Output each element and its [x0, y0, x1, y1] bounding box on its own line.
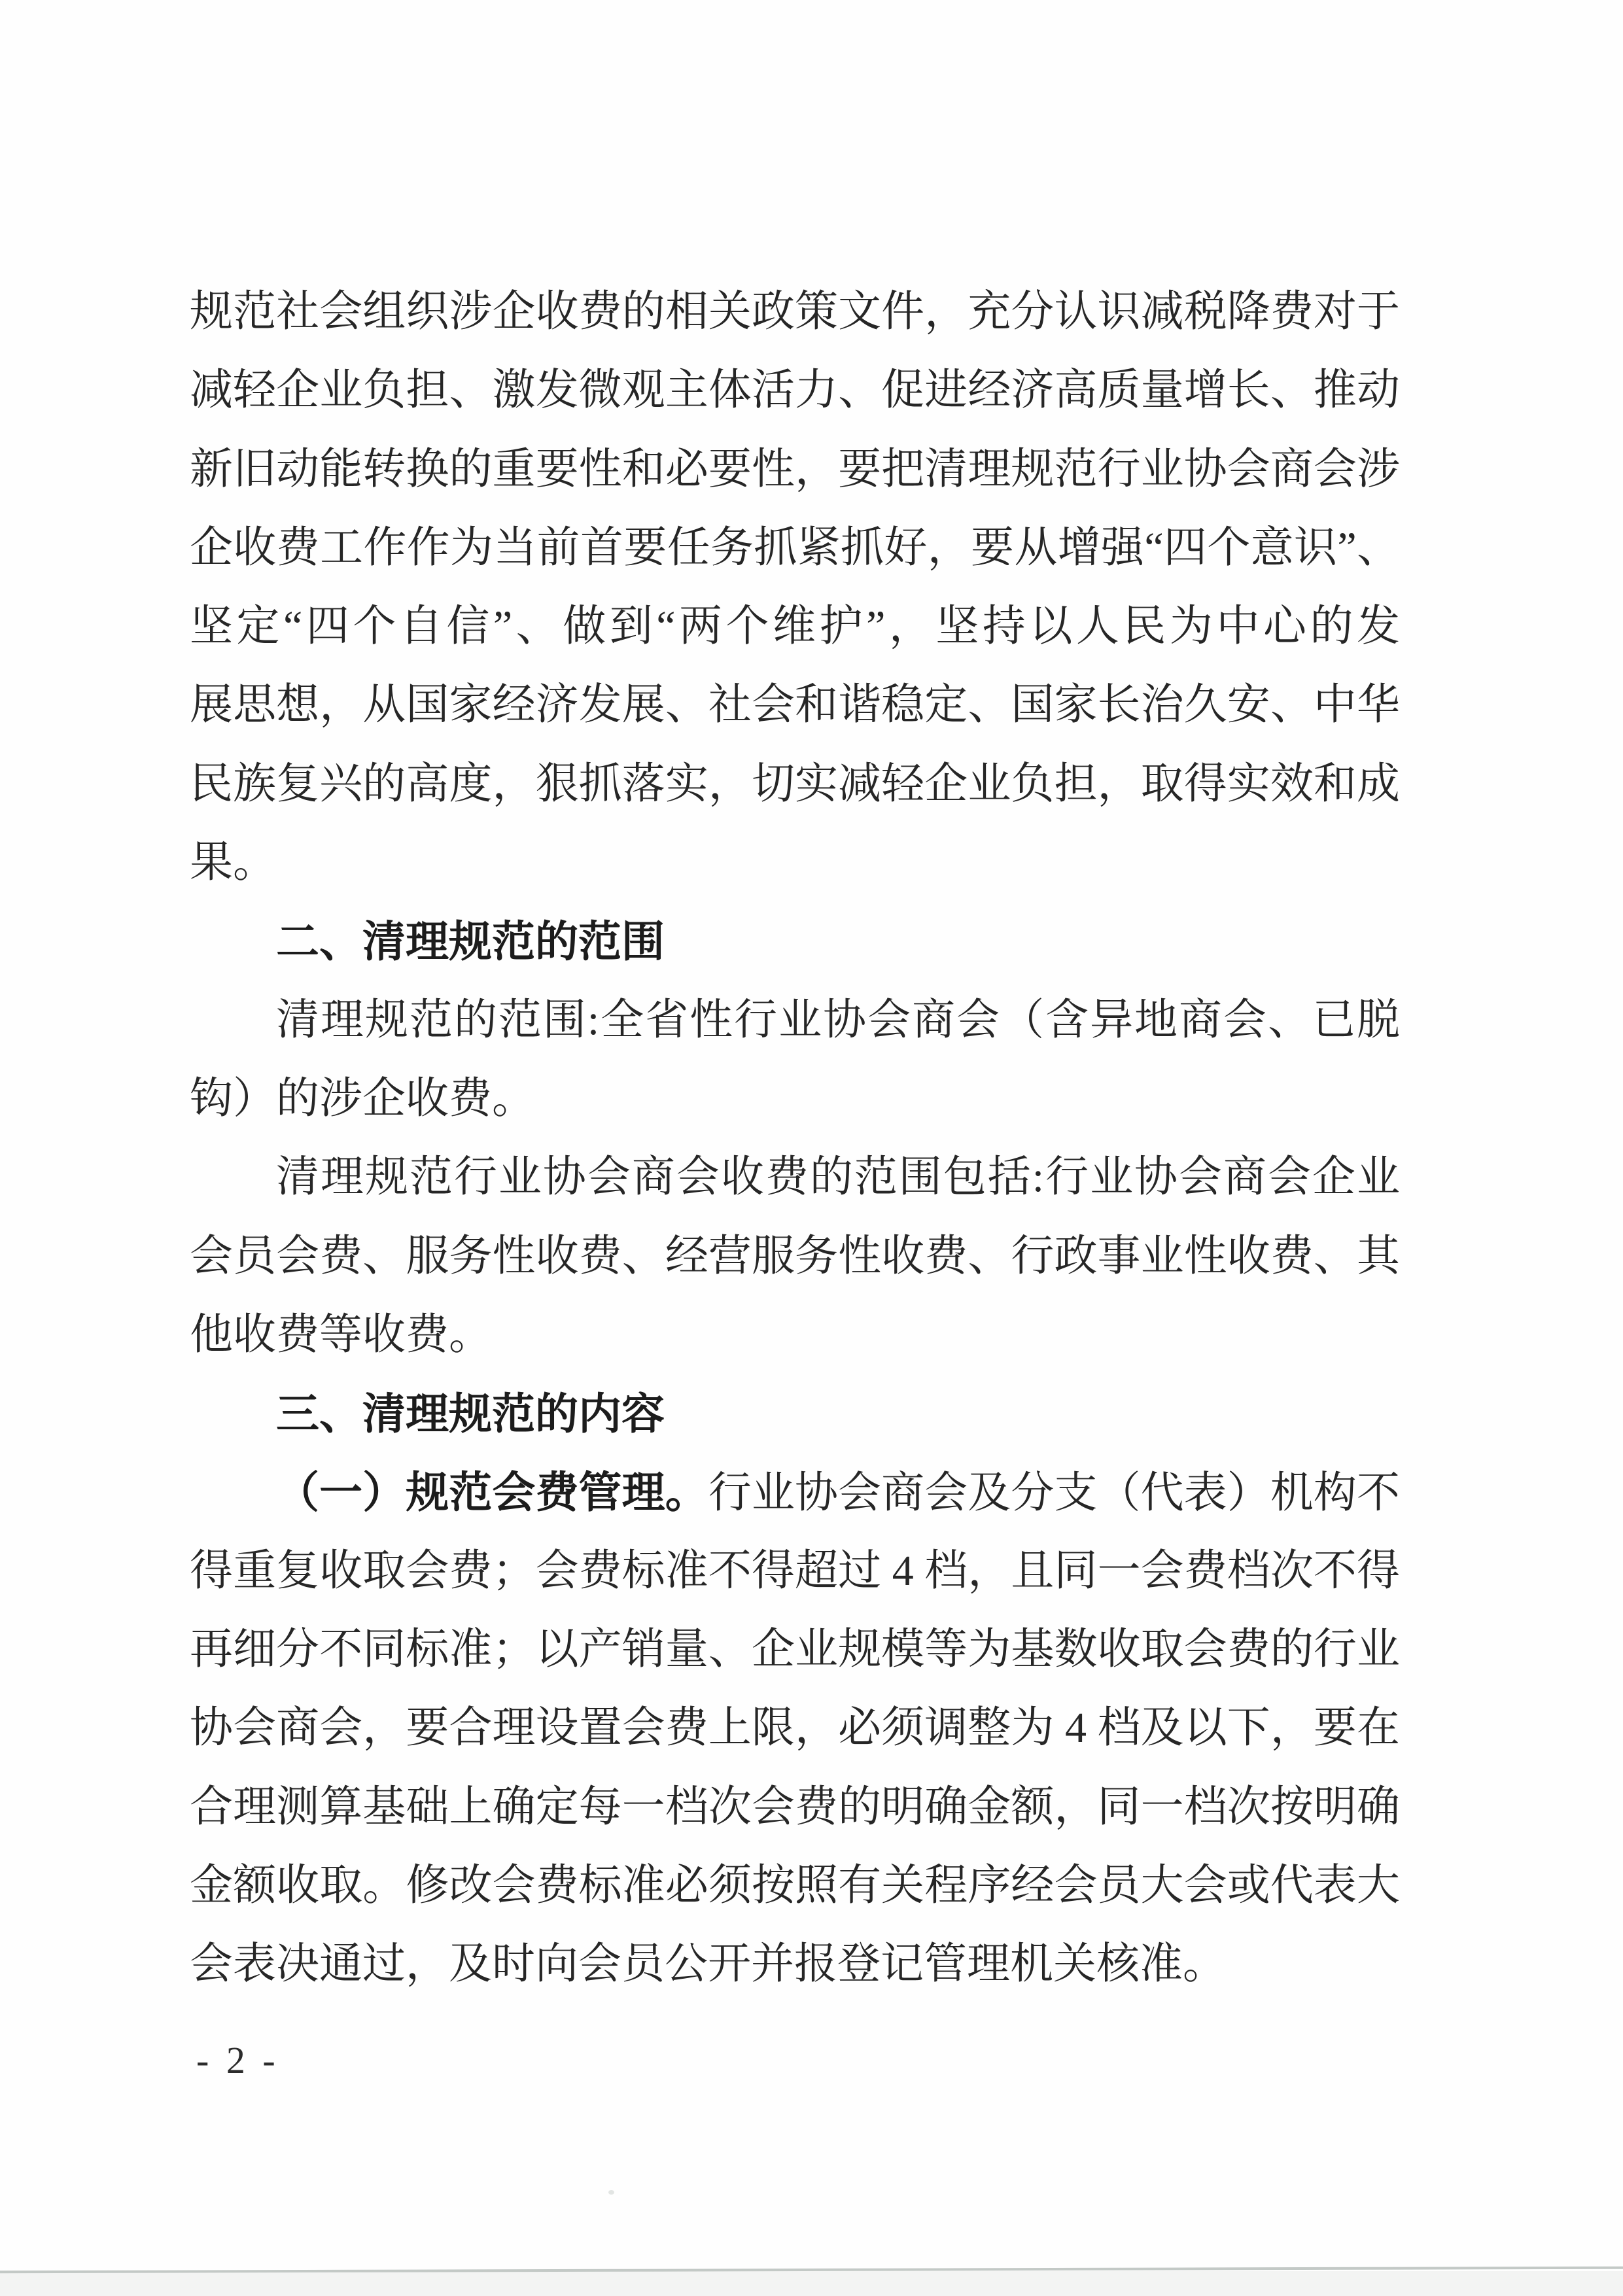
- body-line: 合理测算基础上确定每一档次会费的明确金额，同一档次按明确: [190, 1768, 1400, 1847]
- body-line: 果。: [190, 824, 1400, 902]
- body-line: 展思想，从国家经济发展、社会和谐稳定、国家长治久安、中华: [190, 666, 1400, 744]
- body-line: 规范社会组织涉企收费的相关政策文件，充分认识减税降费对于: [190, 273, 1400, 351]
- body-line: （一）规范会费管理。行业协会商会及分支（代表）机构不: [190, 1453, 1400, 1531]
- body-line: 会表决通过，及时向会员公开并报登记管理机关核准。: [190, 1925, 1400, 2004]
- body-line: 他收费等收费。: [190, 1296, 1400, 1374]
- body-line: 再细分不同标准；以产销量、企业规模等为基数收取会费的行业: [190, 1610, 1400, 1689]
- document-page: 规范社会组织涉企收费的相关政策文件，充分认识减税降费对于 减轻企业负担、激发微观…: [0, 0, 1623, 2296]
- body-line: 民族复兴的高度，狠抓落实，切实减轻企业负担，取得实效和成: [190, 745, 1400, 824]
- body-line: 得重复收取会费；会费标准不得超过 4 档，且同一会费档次不得: [190, 1532, 1400, 1610]
- section-heading-3: 三、清理规范的内容: [190, 1374, 1400, 1453]
- body-line-text: 行业协会商会及分支（代表）机构不: [708, 1469, 1400, 1517]
- body-line: 企收费工作作为当前首要任务抓紧抓好，要从增强“四个意识”、: [190, 509, 1400, 587]
- body-line: 减轻企业负担、激发微观主体活力、促进经济高质量增长、推动: [190, 351, 1400, 430]
- document-body: 规范社会组织涉企收费的相关政策文件，充分认识减税降费对于 减轻企业负担、激发微观…: [190, 273, 1400, 2004]
- body-line: 坚定“四个自信”、做到“两个维护”，坚持以人民为中心的发: [190, 587, 1400, 666]
- body-line: 金额收取。修改会费标准必须按照有关程序经会员大会或代表大: [190, 1847, 1400, 1925]
- page-number: - 2 -: [196, 2033, 279, 2088]
- body-line: 协会商会，要合理设置会费上限，必须调整为 4 档及以下，要在: [190, 1689, 1400, 1767]
- section-heading-2: 二、清理规范的范围: [190, 902, 1400, 981]
- scan-speck: [608, 2190, 614, 2195]
- body-line: 钩）的涉企收费。: [190, 1060, 1400, 1138]
- body-line: 清理规范的范围:全省性行业协会商会（含异地商会、已脱: [190, 981, 1400, 1060]
- body-line: 清理规范行业协会商会收费的范围包括:行业协会商会企业: [190, 1138, 1400, 1217]
- body-line: 新旧动能转换的重要性和必要性，要把清理规范行业协会商会涉: [190, 430, 1400, 509]
- body-line: 会员会费、服务性收费、经营服务性收费、行政事业性收费、其: [190, 1217, 1400, 1296]
- subsection-heading-1: （一）规范会费管理。: [276, 1468, 708, 1516]
- scan-bottom-strip: [0, 2271, 1623, 2296]
